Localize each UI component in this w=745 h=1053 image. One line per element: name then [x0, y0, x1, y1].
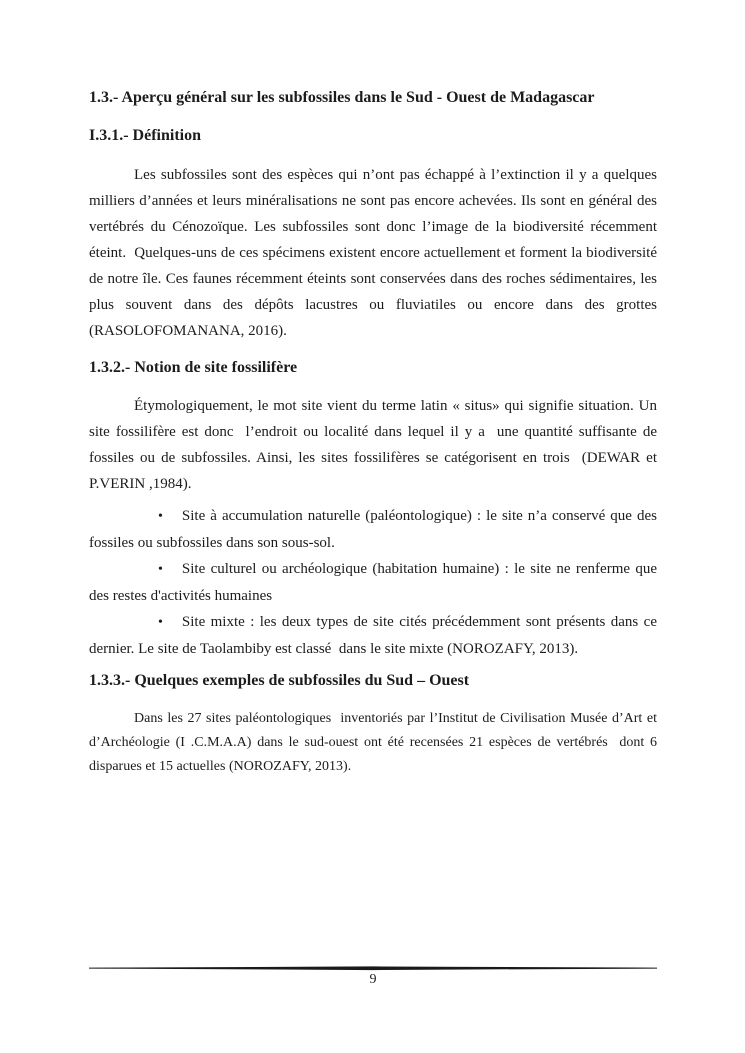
page-number: 9	[89, 972, 657, 988]
bullet-list-site-types: •Site à accumulation naturelle (paléonto…	[89, 503, 657, 662]
paragraph-definition: Les subfossiles sont des espèces qui n’o…	[89, 162, 657, 344]
bullet-item-site-mixte: •Site mixte : les deux types de site cit…	[89, 609, 657, 662]
section-heading-1-3: 1.3.- Aperçu général sur les subfossiles…	[89, 88, 657, 108]
footer-rule	[89, 966, 657, 971]
section-heading-1-3-1: I.3.1.- Définition	[89, 126, 657, 146]
page-footer: 9	[89, 966, 657, 988]
bullet-item-site-culturel: •Site culturel ou archéologique (habitat…	[89, 556, 657, 609]
paragraph-exemples-subfossiles: Dans les 27 sites paléontologiques inven…	[89, 707, 657, 779]
section-heading-1-3-3: 1.3.3.- Quelques exemples de subfossiles…	[89, 671, 657, 691]
bullet-icon: •	[158, 615, 182, 630]
bullet-item-site-naturel: •Site à accumulation naturelle (paléonto…	[89, 503, 657, 556]
section-heading-1-3-2: 1.3.2.- Notion de site fossilifère	[89, 358, 657, 378]
document-page: 1.3.- Aperçu général sur les subfossiles…	[0, 0, 745, 1053]
bullet-icon: •	[158, 562, 182, 577]
bullet-icon: •	[158, 509, 182, 524]
paragraph-site-fossilifere: Étymologiquement, le mot site vient du t…	[89, 393, 657, 497]
footer-rule-shape	[89, 966, 657, 970]
